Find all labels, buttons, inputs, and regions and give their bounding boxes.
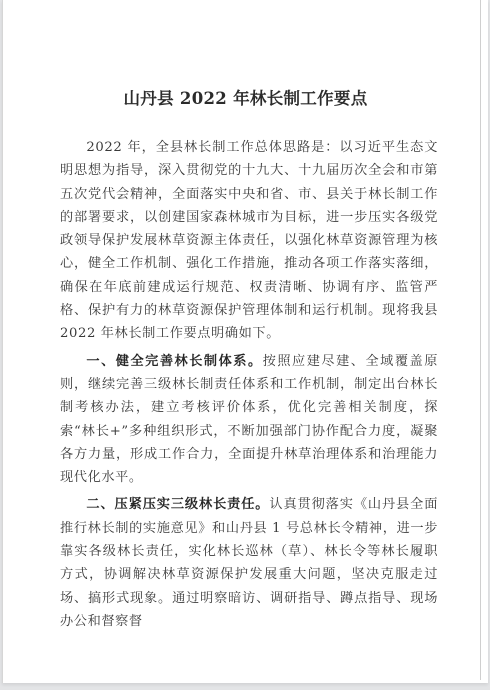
section-heading-2: 二、压紧压实三级林长责任。 (86, 497, 269, 512)
paragraph-text: 认真贯彻落实《山丹县全面推行林长制的实施意见》和山丹县 1 号总林长令精神，进一… (60, 497, 438, 628)
document-title: 山丹县 2022 年林长制工作要点 (3, 88, 488, 110)
paragraph-section-1: 一、健全完善林长制体系。按照应建尽建、全域覆盖原则，继续完善三级林长制责任体系和… (60, 350, 438, 490)
section-heading-1: 一、健全完善林长制体系。 (86, 354, 262, 369)
paragraph-text: 按照应建尽建、全域覆盖原则，继续完善三级林长制责任体系和工作机制，制定出台林长制… (60, 354, 438, 485)
document-page: 山丹县 2022 年林长制工作要点 2022 年，全县林长制工作总体思路是：以习… (2, 0, 488, 683)
paragraph-text: 2022 年，全县林长制工作总体思路是：以习近平生态文明思想为指导，深入贯彻党的… (60, 140, 438, 341)
paragraph-intro: 2022 年，全县林长制工作总体思路是：以习近平生态文明思想为指导，深入贯彻党的… (60, 136, 438, 346)
document-body: 2022 年，全县林长制工作总体思路是：以习近平生态文明思想为指导，深入贯彻党的… (60, 136, 438, 633)
paragraph-section-2: 二、压紧压实三级林长责任。认真贯彻落实《山丹县全面推行林长制的实施意见》和山丹县… (60, 493, 438, 633)
